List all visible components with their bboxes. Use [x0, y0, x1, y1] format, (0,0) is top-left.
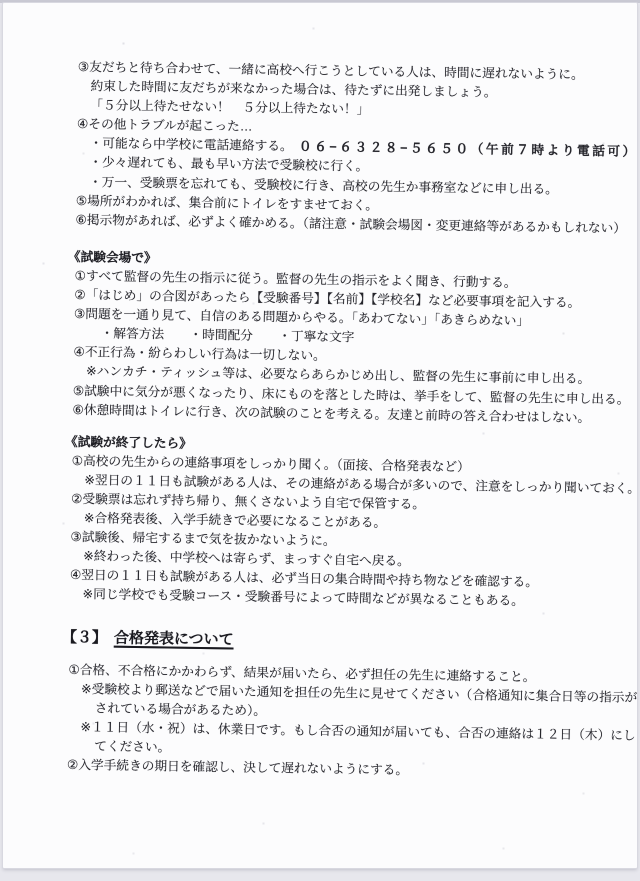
section-3: 《試験が終了したら》①高校の先生からの連絡事項をしっかり聞く。（面接、合格発表な…: [69, 433, 632, 614]
text: ・可能なら中学校に電話連絡する。: [90, 137, 300, 154]
text: てください。: [94, 739, 170, 754]
chapter-number: 【３】: [62, 628, 107, 646]
text: ②入学手続きの期日を確認し、決して遅れないようにする。: [67, 758, 408, 777]
scan-noise: [3, 3, 4, 4]
text: ④不正行為・紛らわしい行為は一切しない。: [73, 345, 326, 363]
text: ②受験票は忘れず持ち帰り、無くさないよう自宅で保管する。: [71, 492, 425, 512]
text: ※合格発表後、入学手続きで必要になることがある。: [84, 511, 387, 530]
text: ・少々遅れても、最も早い方法で受験校に行く。: [89, 156, 368, 174]
text: ※同じ学校でも受験コース・受験番号によって時間などが異なることもある。: [82, 588, 524, 609]
phone-number: ０６−６３２８−５６５０（午前７時より電話可）: [299, 140, 638, 159]
chapter-title: 合格発表について: [114, 629, 234, 648]
section-4: 【３】合格発表について①合格、不合格にかかわらず、結果が届いたら、必ず担任の先生…: [67, 626, 629, 783]
text: ④その他トラブルが起こった…: [77, 117, 253, 134]
text: ※終わった後、中学校へは寄らず、まっすぐ自宅へ戻る。: [83, 549, 410, 568]
text: ・解答方法 ・時間配分 ・丁寧な文字: [101, 327, 355, 345]
text: ③試験後、帰宅するまで気を抜かないように。: [70, 530, 335, 548]
text: されている場合があるため）。: [95, 701, 266, 718]
document-content: ③友だちと待ち合わせて、一緒に高校へ行こうとしている人は、時間に遅れないように。…: [67, 58, 638, 784]
section-2: 《試験会場で》①すべて監督の先生の指示に従う。監督の先生の指示をよく聞き、行動す…: [72, 248, 635, 429]
text: ⑤場所がわかれば、集合前にトイレをすませておく。: [76, 194, 378, 213]
document-page: ③友だちと待ち合わせて、一緒に高校へ行こうとしている人は、時間に遅れないように。…: [3, 3, 637, 868]
section-1: ③友だちと待ち合わせて、一緒に高校へ行こうとしている人は、時間に遅れないように。…: [75, 58, 638, 239]
chapter-heading: 【３】合格発表について: [62, 626, 629, 657]
text: 「５分以上待たせない！ ５分以上待たない！」: [90, 98, 369, 116]
